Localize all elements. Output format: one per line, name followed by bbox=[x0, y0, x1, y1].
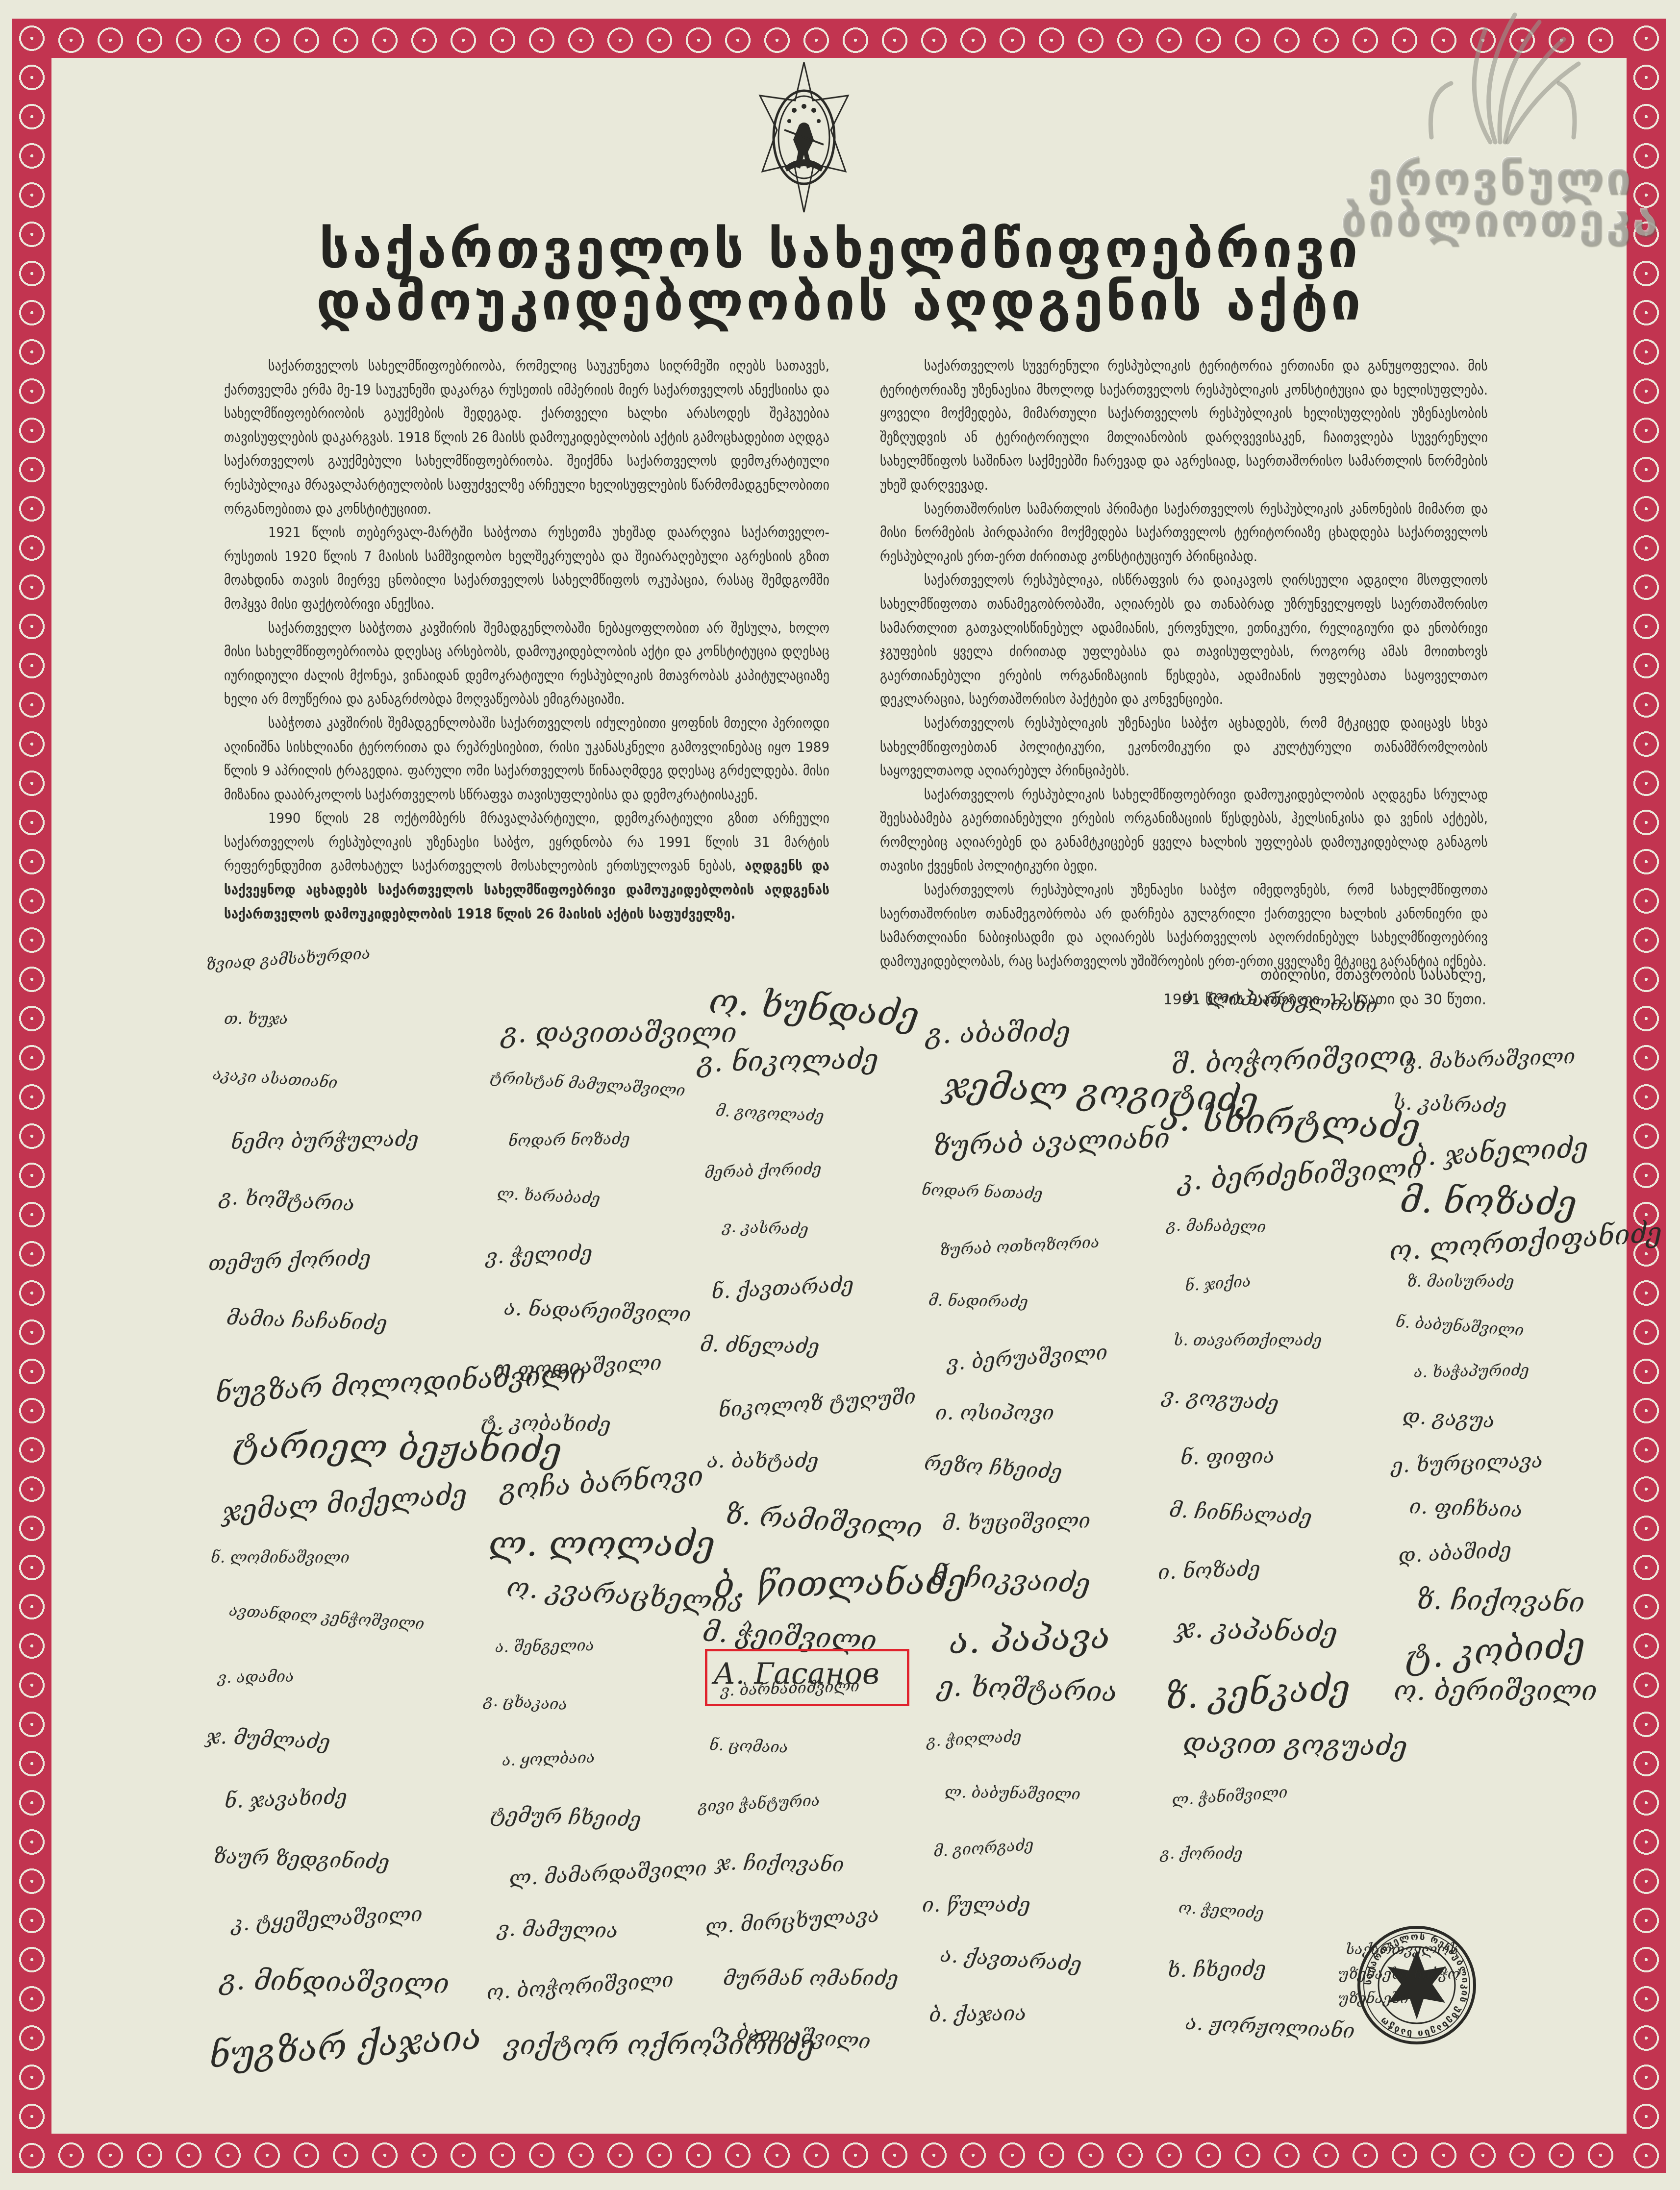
georgia-coat-of-arms-star-icon bbox=[750, 61, 858, 213]
signature: გ. ჭიღლაძე bbox=[926, 1728, 1022, 1748]
seal-signature-line: უზენაესი bbox=[1338, 1990, 1409, 2007]
signature: ი. ნოზაძე bbox=[1157, 1559, 1260, 1583]
signature: ჯ. ჩიქოვანი bbox=[716, 1852, 844, 1875]
signature: ნემო ბურჭულაძე bbox=[231, 1129, 419, 1153]
signature: ი. წულაძე bbox=[922, 1894, 1030, 1915]
signature: ნ. ფიფია bbox=[1180, 1445, 1275, 1468]
signature: ზაურ ზედგინიძე bbox=[213, 1845, 390, 1872]
highlight-box bbox=[705, 1649, 909, 1706]
signature: ო. ბერიშვილი bbox=[1394, 1677, 1597, 1705]
seal-signature-line: საქართველოს bbox=[1346, 1941, 1458, 1958]
signature: გ. ცხაკაია bbox=[483, 1692, 568, 1712]
signature: ტ. კობახიძე bbox=[481, 1412, 611, 1435]
paragraph: საერთაშორისო სამართლის პრიმატი საქართველ… bbox=[880, 497, 1488, 569]
signature: მ. ხუციშვილი bbox=[942, 1511, 1091, 1534]
paragraph: საქართველოს რესპუბლიკის უზენაესი საბჭო ა… bbox=[880, 711, 1488, 783]
signature: ე. ხურცილავა bbox=[1391, 1450, 1543, 1476]
signature: მურმან ომანიძე bbox=[723, 1968, 898, 1989]
signature: გ. აბაშიძე bbox=[926, 1018, 1071, 1048]
paragraph: საქართველოს რესპუბლიკის სახელმწიფოებრივი… bbox=[880, 783, 1488, 878]
signature: ვ. კასრაძე bbox=[722, 1219, 808, 1237]
signature: დ. აბაშიძე bbox=[1398, 1540, 1512, 1566]
paragraph: საქართველოს სახელმწიფოებრიობა, რომელიც ს… bbox=[224, 354, 829, 521]
signature: ზ. მაისურაძე bbox=[1407, 1273, 1514, 1289]
signature: ვ. მახარაშვილი bbox=[1404, 1046, 1576, 1072]
signature: მ. ძნელაძე bbox=[700, 1334, 820, 1357]
paragraph-text: 1990 წლის 28 ოქტომბერს მრავალპარტიული, დ… bbox=[224, 810, 829, 874]
paragraph: საქართველო საბჭოთა კავშირის შემადგენლობა… bbox=[224, 616, 829, 711]
signature: ვ. ჭელიძე bbox=[485, 1243, 593, 1267]
signature: ს. თავართქილაძე bbox=[1174, 1332, 1322, 1348]
seal-signature-line: უზენაესი საბჭო bbox=[1338, 1966, 1460, 1983]
signature: ჯ. კაპანაძე bbox=[1176, 1615, 1338, 1647]
paragraph-declaration: 1990 წლის 28 ოქტომბერს მრავალპარტიული, დ… bbox=[224, 806, 829, 925]
paragraph: საქართველოს რესპუბლიკის უზენაესი საბჭო ი… bbox=[880, 878, 1488, 973]
signature: ხ. ჩხეიძე bbox=[1167, 1959, 1266, 1981]
signature: მამია ჩაჩანიძე bbox=[226, 1307, 387, 1333]
signature: ა. ნადარეიშვილი bbox=[503, 1297, 691, 1324]
document-title-line2: დამოუკიდებლობის აღდგენის აქტი bbox=[0, 275, 1680, 328]
signature: ა. პაპავა bbox=[949, 1618, 1111, 1659]
signature: თემურ ქორიძე bbox=[208, 1247, 371, 1274]
signature: მერაბ ქორიძე bbox=[704, 1161, 822, 1180]
signature: ა. სხირტლაძე bbox=[1159, 1099, 1421, 1144]
signature: მ. გოგოლაძე bbox=[715, 1102, 824, 1124]
signature: ნ. ჩიკვაიძე bbox=[930, 1562, 1091, 1598]
signature: ა. ყოლბაია bbox=[501, 1749, 595, 1768]
signature: ი. ფიჩხაია bbox=[1409, 1496, 1523, 1520]
paragraph: საქართველოს სუვერენული რესპუბლიკის ტერიტ… bbox=[880, 354, 1488, 497]
signature: დ. გაგუა bbox=[1402, 1406, 1495, 1431]
signature: ა. ბახტაძე bbox=[707, 1450, 819, 1471]
signature: მ. ნოზაძე bbox=[1400, 1182, 1577, 1220]
signature: ზ. კენკაძე bbox=[1164, 1669, 1351, 1715]
signature: ვ. მამულია bbox=[498, 1918, 618, 1941]
signature: ბ. წითლანაძე bbox=[713, 1563, 966, 1603]
signature: ე. ხოშტარია bbox=[937, 1673, 1117, 1707]
library-fan-icon bbox=[1422, 10, 1583, 147]
signature: ნ. ჯავახიძე bbox=[224, 1787, 347, 1812]
signature: ნოდარ ნოზაძე bbox=[508, 1131, 630, 1148]
signature: ნოდარ ნათაძე bbox=[922, 1181, 1043, 1201]
paragraph: 1921 წლის თებერვალ-მარტში საბჭოთა რუსეთმ… bbox=[224, 521, 829, 616]
body-column-left: საქართველოს სახელმწიფოებრიობა, რომელიც ს… bbox=[224, 354, 829, 925]
paragraph: საქართველოს რესპუბლიკა, ისწრაფვის რა დაი… bbox=[880, 568, 1488, 711]
signature: ა. შენგელია bbox=[495, 1637, 595, 1655]
signature: ლ. ლოლაძე bbox=[488, 1526, 715, 1561]
star-seal-icon: საქართველოს რესპუბლიკის უზენაესი საბჭო bbox=[1353, 1921, 1480, 2049]
signature: ლ. ბაბუნაშვილი bbox=[945, 1784, 1081, 1802]
signature: ი. ოსიპოვი bbox=[935, 1402, 1054, 1423]
signature: გ. მაჩაბელი bbox=[1167, 1217, 1266, 1235]
signature: ა. ხაჭაპურიძე bbox=[1414, 1362, 1530, 1380]
signature: ს. კასრაძე bbox=[1393, 1092, 1507, 1117]
signature: ნ. ჯიქია bbox=[1184, 1273, 1252, 1293]
signature: გ. დავითაშვილი bbox=[501, 1020, 737, 1047]
dateline-place: თბილისი, მთავრობის სასახლე, bbox=[1163, 963, 1486, 988]
signature: თ. ხუჯა bbox=[224, 1011, 288, 1026]
signature: მ. ნადირაძე bbox=[928, 1292, 1028, 1310]
library-watermark: ეროვნული ბიბლიოთეკა bbox=[1333, 10, 1667, 225]
signature: ზურაბ ავალიანი bbox=[932, 1125, 1170, 1161]
signature: ნ. ლომინაშვილი bbox=[211, 1549, 350, 1565]
document-title-line1: საქართველოს სახელმწიფოებრივი bbox=[0, 223, 1680, 276]
body-column-right: საქართველოს სუვერენული რესპუბლიკის ტერიტ… bbox=[880, 354, 1488, 973]
paragraph: საბჭოთა კავშირის შემადგენლობაში საქართვე… bbox=[224, 711, 829, 806]
signature: გ. ქორიძე bbox=[1160, 1845, 1243, 1861]
signature: ბ. ქაჯაია bbox=[929, 2003, 1027, 2025]
signature: დავით გოგუაძე bbox=[1183, 1729, 1407, 1761]
signature: ზ. ჩიქოვანი bbox=[1416, 1586, 1585, 1617]
signature: გ. ნიკოლაძე bbox=[698, 1046, 879, 1076]
signature: ვ. ადამია bbox=[218, 1668, 294, 1686]
signature: ნ. ცომაია bbox=[709, 1737, 788, 1755]
signature: გ. მინდიაშვილი bbox=[220, 1966, 450, 1998]
signature: ტემურ ჩხეიძე bbox=[490, 1804, 641, 1830]
